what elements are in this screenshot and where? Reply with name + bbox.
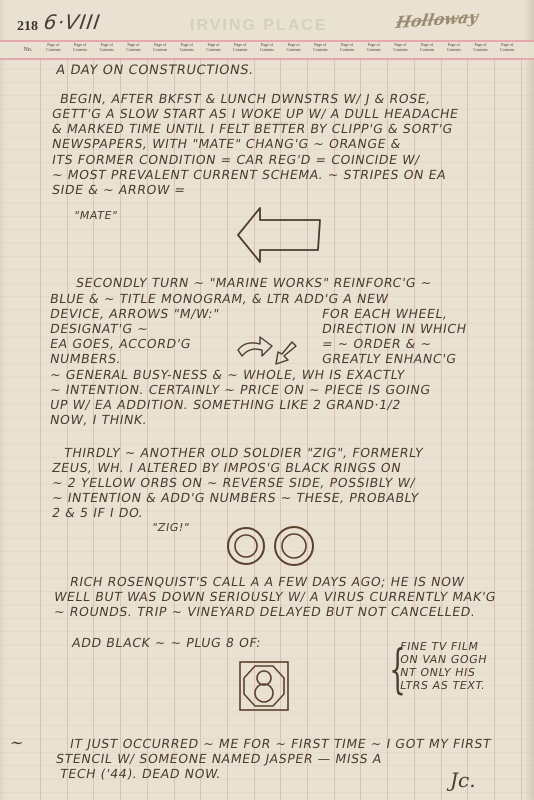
- text-line: UP W/ EA ADDITION. SOMETHING LIKE 2 GRAN…: [49, 398, 402, 413]
- column-line: [521, 40, 522, 800]
- signature: Jc.: [450, 768, 476, 792]
- column-header-page-of-contents: Page of Contents: [122, 43, 145, 57]
- text-line: TECH ('44). DEAD NOW.: [59, 767, 223, 782]
- entry-date: 6·VIII: [42, 10, 102, 34]
- entry-title: A DAY ON CONSTRUCTIONS.: [55, 64, 255, 79]
- column-header-page-of-contents: Page of Contents: [149, 43, 172, 57]
- column-header-page-of-contents: Page of Contents: [282, 43, 305, 57]
- column-header-page-of-contents: Page of Contents: [469, 43, 492, 57]
- text-line: WELL BUT WAS DOWN SERIOUSLY W/ A VIRUS C…: [53, 590, 498, 605]
- text-line: EA GOES, ACCORD'G: [49, 337, 193, 352]
- crossed-out-scribble: Holloway: [394, 7, 479, 32]
- column-line: [40, 40, 41, 800]
- text-line: DEVICE, ARROWS "M/W:": [49, 307, 221, 322]
- text-line: ~ INTENTION & ADD'G NUMBERS ~ THESE, PRO…: [51, 491, 420, 506]
- text-line: SECONDLY TURN ~ "MARINE WORKS" REINFORC'…: [75, 276, 433, 291]
- text-line: BEGIN, AFTER BKFST & LUNCH DWNSTRS W/ J …: [59, 92, 432, 107]
- text-line: ~ GENERAL BUSY-NESS & ~ WHOLE, WH IS EXA…: [49, 368, 406, 383]
- column-header-page-of-contents: Page of Contents: [42, 43, 65, 57]
- down-left-arrow-icon: [274, 340, 298, 366]
- ledger-column-header: No. Page of ContentsPage of ContentsPage…: [0, 40, 534, 60]
- text-line: = ~ ORDER & ~: [321, 337, 433, 352]
- text-line: FINE TV FILM: [399, 641, 480, 654]
- text-line: IT JUST OCCURRED ~ ME FOR ~ FIRST TIME ~…: [69, 737, 493, 752]
- plug-8-icon: [238, 660, 290, 712]
- column-header-page-of-contents: Page of Contents: [202, 43, 225, 57]
- zig-orbs-icon: [226, 524, 326, 568]
- column-header-page-of-contents: Page of Contents: [362, 43, 385, 57]
- text-line: NOW, I THINK.: [49, 413, 149, 428]
- text-line: ~ 2 YELLOW ORBS ON ~ REVERSE SIDE, POSSI…: [51, 476, 417, 491]
- column-header-page-of-contents: Page of Contents: [176, 43, 199, 57]
- text-line: THIRDLY ~ ANOTHER OLD SOLDIER "ZIG", FOR…: [63, 446, 425, 461]
- text-line: GETT'G A SLOW START AS I WOKE UP W/ A DU…: [51, 107, 460, 122]
- text-line: RICH ROSENQUIST'S CALL A A FEW DAYS AGO;…: [69, 575, 466, 590]
- column-header-page-of-contents: Page of Contents: [336, 43, 359, 57]
- zig-label: "ZIG!": [151, 522, 191, 535]
- column-header-page-of-contents: Page of Contents: [443, 43, 466, 57]
- column-header-page-of-contents: Page of Contents: [389, 43, 412, 57]
- text-line: FOR EACH WHEEL,: [321, 307, 449, 322]
- column-header-page-of-contents: Page of Contents: [496, 43, 519, 57]
- left-arrow-icon: [236, 206, 322, 264]
- column-header-page-of-contents: Page of Contents: [256, 43, 279, 57]
- text-line: GREATLY ENHANC'G: [321, 352, 458, 367]
- faded-header-stamp: IRVING PLACE: [190, 17, 328, 35]
- paragraph-5: ADD BLACK ~ ~ PLUG 8 OF:: [71, 636, 263, 651]
- page-number: 218: [17, 19, 38, 35]
- column-header-page-of-contents: Page of Contents: [416, 43, 439, 57]
- text-line: NEWSPAPERS, WITH "MATE" CHANG'G ~ ORANGE…: [51, 137, 403, 152]
- ledger-page: 218 6·VIII IRVING PLACE Holloway No. Pag…: [0, 0, 534, 800]
- text-line: NUMBERS.: [49, 352, 123, 367]
- text-line: BLUE & ~ TITLE MONOGRAM, & LTR ADD'G A N…: [49, 292, 390, 307]
- text-line: & MARKED TIME UNTIL I FELT BETTER BY CLI…: [51, 122, 454, 137]
- text-line: NT ONLY HIS: [399, 667, 477, 680]
- arrow-marker: ~: [9, 736, 26, 751]
- column-header-page-of-contents: Page of Contents: [69, 43, 92, 57]
- text-line: ~ ROUNDS. TRIP ~ VINEYARD DELAYED BUT NO…: [53, 605, 477, 620]
- text-line: DIRECTION IN WHICH: [321, 322, 468, 337]
- curved-arrow-icon: [236, 334, 274, 358]
- text-line: ~ MOST PREVALENT CURRENT SCHEMA. ~ STRIP…: [51, 168, 448, 183]
- column-header-page-of-contents: Page of Contents: [309, 43, 332, 57]
- column-header-page-of-contents: Page of Contents: [229, 43, 252, 57]
- column-header-no: No.: [16, 43, 40, 57]
- text-line: DESIGNAT'G ~: [49, 322, 150, 337]
- text-line: SIDE & ~ ARROW =: [51, 183, 187, 198]
- column-header-page-of-contents: Page of Contents: [95, 43, 118, 57]
- text-line: ON VAN GOGH: [399, 654, 488, 667]
- text-line: STENCIL W/ SOMEONE NAMED JASPER — MISS A: [55, 752, 383, 767]
- mate-label: "MATE": [73, 210, 119, 223]
- text-line: ~ INTENTION. CERTAINLY ~ PRICE ON ~ PIEC…: [49, 383, 432, 398]
- text-line: LTRS AS TEXT.: [399, 680, 486, 693]
- text-line: ZEUS, WH. I ALTERED BY IMPOS'G BLACK RIN…: [51, 461, 403, 476]
- column-line: [494, 40, 495, 800]
- text-line: ITS FORMER CONDITION = CAR REG'D = COINC…: [51, 153, 421, 168]
- text-line: 2 & 5 IF I DO.: [51, 506, 145, 521]
